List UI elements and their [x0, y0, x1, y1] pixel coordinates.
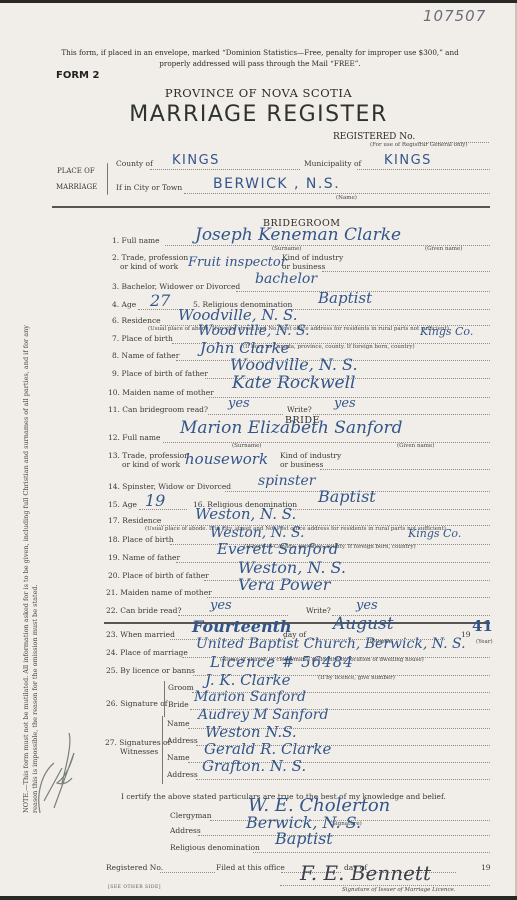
- licence-value[interactable]: Licence # 56484: [210, 653, 354, 671]
- year-note: (Year): [476, 639, 493, 645]
- witness-2-address[interactable]: Grafton. N. S.: [202, 757, 306, 775]
- line: [253, 852, 490, 853]
- groom-trade-label: 2. Trade, profession: [112, 253, 188, 262]
- serial-number: 107507: [423, 7, 486, 25]
- registered-no-label: REGISTERED No.: [333, 132, 415, 142]
- groom-mother-value[interactable]: Kate Rockwell: [232, 373, 355, 393]
- brace: [107, 163, 108, 195]
- bride-father-birthplace-label: 20. Place of birth of father: [108, 571, 209, 580]
- groom-status-value[interactable]: bachelor: [255, 271, 317, 287]
- groom-write-label: Write?: [287, 405, 312, 414]
- bride-read-value[interactable]: yes: [210, 598, 232, 613]
- county-label: County of: [116, 159, 153, 168]
- groom-read-label: 11. Can bridegroom read?: [108, 405, 208, 414]
- bride-trade-value[interactable]: housework: [185, 450, 268, 468]
- groom-residence-label: 6. Residence: [112, 316, 161, 325]
- witness-2-name[interactable]: Gerald R. Clarke: [204, 740, 331, 758]
- groom-age-label: 4. Age: [112, 300, 136, 309]
- groom-read-value[interactable]: yes: [228, 396, 250, 411]
- line: [208, 414, 283, 415]
- bride-religion-value[interactable]: Baptist: [318, 487, 376, 506]
- city-label: If in City or Town: [116, 183, 182, 192]
- divider: [104, 622, 490, 624]
- groom-full-name-value[interactable]: Joseph Keneman Clarke: [195, 225, 401, 245]
- bride-sig-label: Bride: [168, 700, 189, 709]
- witness-1-name-label: Name: [167, 719, 190, 728]
- groom-mother-label: 10. Maiden name of mother: [108, 388, 214, 397]
- licence-note: (If by licence, give number): [318, 675, 395, 681]
- groom-status-label: 3. Bachelor, Widower or Divorced: [112, 282, 240, 291]
- witness-1-address[interactable]: Weston N.S.: [205, 723, 297, 741]
- groom-sig-label: Groom: [168, 683, 194, 692]
- bride-write-label: Write?: [306, 606, 331, 615]
- page-title: MARRIAGE REGISTER: [0, 102, 517, 127]
- filed-registered-no-field[interactable]: [160, 872, 215, 873]
- when-married-label: 23. When married: [106, 630, 175, 639]
- line: [207, 597, 490, 598]
- bride-father-label: 19. Name of father: [108, 553, 180, 562]
- bride-birthplace-value[interactable]: Weston, N. S.: [210, 525, 305, 541]
- groom-trade-value[interactable]: Fruit inspector: [188, 255, 287, 270]
- groom-full-name-label: 1. Full name: [112, 236, 160, 245]
- bride-status-label: 14. Spinster, Widow or Divorced: [108, 482, 231, 491]
- county-value[interactable]: KINGS: [172, 153, 220, 168]
- issuer-note: Signature of Issuer of Marriage Licence.: [342, 887, 456, 893]
- bride-full-name-value[interactable]: Marion Elizabeth Sanford: [180, 418, 402, 438]
- groom-birthplace-county[interactable]: Kings Co.: [420, 325, 473, 338]
- place-of-marriage-label-1: PLACE OF: [57, 167, 95, 175]
- groom-birthplace-label: 7. Place of birth: [112, 334, 173, 343]
- registered-no-note: (For use of Registrar General only): [370, 142, 468, 148]
- bride-read-label: 22. Can bride read?: [106, 606, 181, 615]
- bride-industry-field[interactable]: [320, 469, 490, 470]
- bride-write-value[interactable]: yes: [356, 598, 378, 613]
- issuer-signature[interactable]: F. E. Bennett: [300, 861, 431, 885]
- line: [280, 885, 490, 886]
- groom-industry-field[interactable]: [322, 271, 490, 272]
- line: [313, 414, 490, 415]
- line: [289, 509, 490, 510]
- line: [289, 309, 490, 310]
- province-heading: PROVINCE OF NOVA SCOTIA: [0, 86, 517, 100]
- place-of-marriage-value[interactable]: United Baptist Church, Berwick, N. S.: [196, 636, 466, 652]
- filed-registered-no-label: Registered No.: [106, 863, 163, 872]
- groom-residence-value[interactable]: Woodville, N. S.: [178, 306, 298, 324]
- witness-1-name[interactable]: Audrey M Sanford: [198, 707, 328, 723]
- industry-label-2: or business: [282, 262, 325, 271]
- licence-label: 25. By licence or banns: [106, 666, 195, 675]
- surname-note: (Surname): [232, 443, 262, 449]
- see-other-side: [SEE OTHER SIDE]: [108, 885, 161, 890]
- bride-birthplace-county[interactable]: Kings Co.: [408, 527, 461, 540]
- municipality-value[interactable]: KINGS: [384, 153, 432, 168]
- pencil-scrawl-icon: [32, 723, 82, 818]
- groom-trade-label-2: or kind of work: [120, 262, 178, 271]
- groom-birthplace-value[interactable]: Woodville, N. S.: [198, 323, 310, 339]
- clergy-denomination-value[interactable]: Baptist: [275, 829, 333, 848]
- line: [198, 835, 490, 836]
- clergy-denomination-label: Religious denomination: [170, 843, 260, 852]
- groom-father-birthplace-value[interactable]: Woodville, N. S.: [230, 355, 358, 374]
- city-line: [184, 193, 490, 194]
- witness-1-address-label: Address: [167, 736, 198, 745]
- industry-label: Kind of industry: [282, 253, 343, 262]
- bride-age-label: 15. Age: [108, 500, 137, 509]
- marriage-register-form: 107507 This form, if placed in an envelo…: [0, 3, 517, 896]
- brace: [162, 716, 163, 784]
- place-of-marriage-field-label: 24. Place of marriage: [106, 648, 188, 657]
- groom-father-label: 8. Name of father: [112, 351, 179, 360]
- line: [196, 779, 490, 780]
- groom-write-value[interactable]: yes: [334, 396, 356, 411]
- surname-note: (Surname): [272, 246, 302, 252]
- line: [178, 615, 288, 616]
- divider: [52, 206, 490, 208]
- bride-residence-value[interactable]: Weston, N. S.: [195, 505, 296, 523]
- witness-label-1: 27. Signatures of: [105, 738, 170, 747]
- groom-father-birthplace-label: 9. Place of birth of father: [112, 369, 208, 378]
- bride-full-name-label: 12. Full name: [108, 433, 160, 442]
- given-name-note: (Given name): [397, 443, 434, 449]
- municipality-label: Municipality of: [304, 159, 361, 168]
- witness-label-2: Witnesses: [120, 747, 158, 756]
- form-label: FORM 2: [56, 70, 99, 81]
- bride-birthplace-label: 18. Place of birth: [108, 535, 174, 544]
- witness-2-address-label: Address: [167, 770, 198, 779]
- groom-religion-value[interactable]: Baptist: [318, 289, 372, 307]
- groom-age-value[interactable]: 27: [150, 291, 170, 310]
- groom-signature[interactable]: J. K. Clarke: [205, 671, 290, 689]
- bride-signature[interactable]: Marion Sanford: [194, 689, 306, 705]
- year-value[interactable]: 41: [472, 617, 493, 635]
- bride-mother-label: 21. Maiden name of mother: [106, 588, 212, 597]
- clergyman-label: Clergyman: [170, 811, 212, 820]
- industry-label-2: or business: [280, 460, 323, 469]
- signature-label: 26. Signature of: [106, 699, 168, 708]
- brace: [164, 681, 165, 717]
- clergy-address-label: Address: [170, 826, 201, 835]
- filed-label: Filed at this office: [216, 863, 285, 872]
- given-name-note: (Given name): [425, 246, 462, 252]
- bride-status-value[interactable]: spinster: [258, 473, 315, 489]
- month-value[interactable]: August: [333, 614, 394, 634]
- industry-label: Kind of industry: [280, 451, 341, 460]
- bride-father-value[interactable]: Everett Sanford: [217, 540, 338, 558]
- bride-residence-label: 17. Residence: [108, 516, 161, 525]
- municipality-line: [357, 169, 490, 170]
- day-value[interactable]: Fourteenth: [192, 617, 292, 636]
- city-value[interactable]: BERWICK , N.S.: [213, 176, 340, 192]
- bride-trade-label-2: or kind of work: [122, 460, 180, 469]
- bride-mother-value[interactable]: Vera Power: [238, 575, 330, 594]
- filed-year-prefix: 19: [481, 863, 491, 872]
- bride-age-value[interactable]: 19: [145, 491, 165, 510]
- place-of-marriage-label-2: MARRIAGE: [56, 183, 97, 191]
- city-note: (Name): [336, 195, 357, 201]
- line: [163, 442, 490, 443]
- bride-trade-label: 13. Trade, profession: [108, 451, 189, 460]
- postal-notice: This form, if placed in an envelope, mar…: [60, 47, 460, 69]
- county-line: [150, 169, 300, 170]
- witness-2-name-label: Name: [167, 753, 190, 762]
